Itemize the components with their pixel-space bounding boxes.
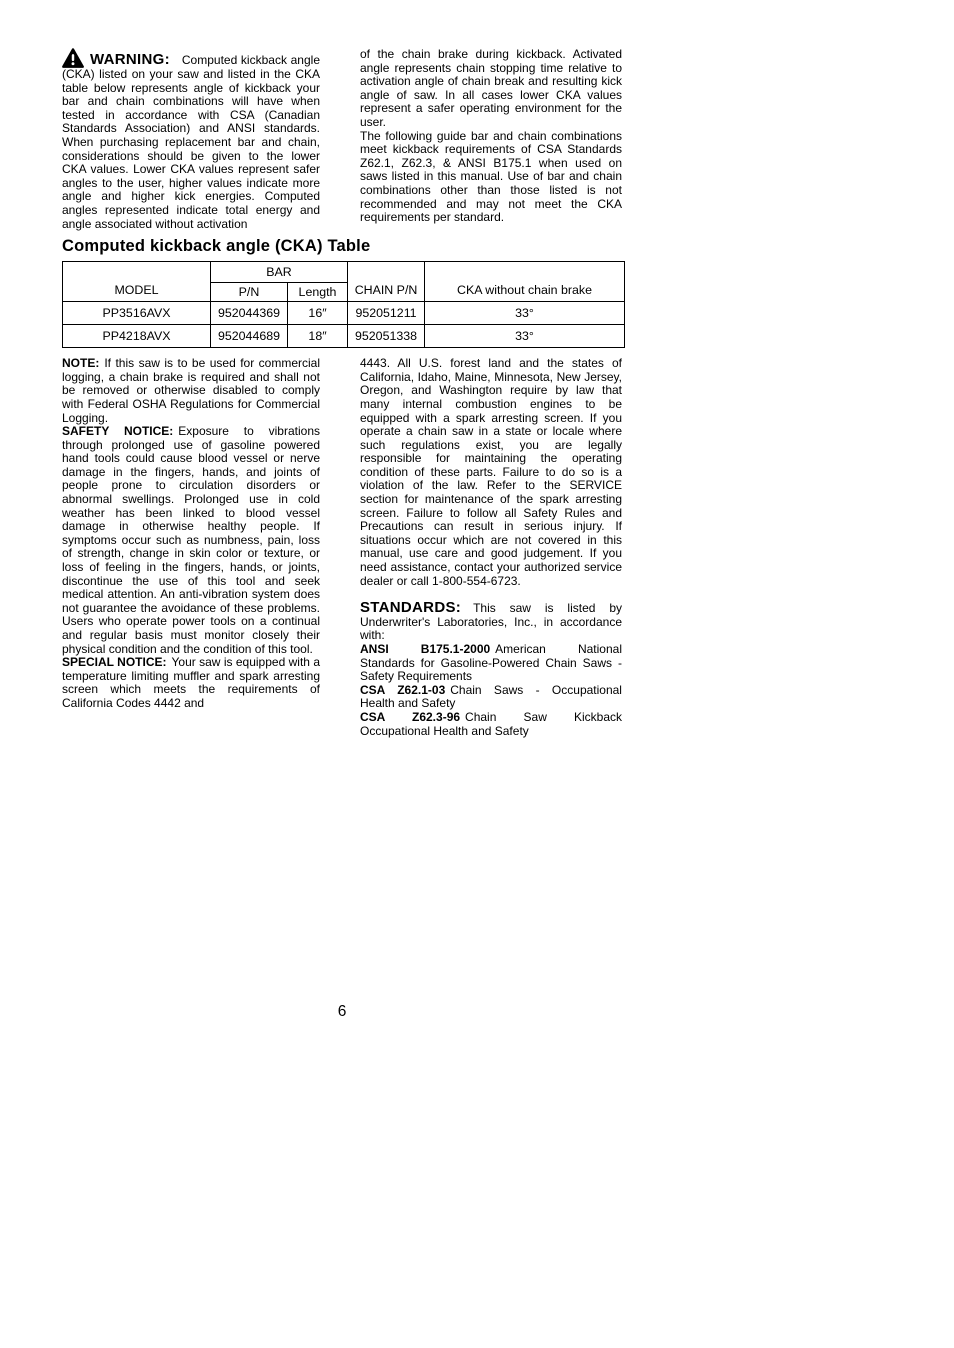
- note-label: NOTE:: [62, 356, 99, 370]
- safety-notice-label: SAFETY NOTICE:: [62, 424, 173, 438]
- header-bar-length: Length: [288, 283, 348, 302]
- table-header-row-1: MODEL BAR CHAIN P/N CKA without chain br…: [63, 262, 625, 283]
- header-model: MODEL: [63, 262, 211, 302]
- cka-table-title: Computed kickback angle (CKA) Table: [62, 237, 622, 256]
- notices-section: NOTE:If this saw is to be used for comme…: [62, 357, 622, 738]
- warning-label: WARNING:: [90, 51, 170, 68]
- cell-chain-pn: 952051211: [348, 302, 425, 325]
- standard-code: CSA Z62.3-96: [360, 710, 460, 724]
- warning-right-column: of the chain brake during kickback. Acti…: [360, 48, 622, 231]
- warning-left-column: WARNING:Computed kickback angle (CKA) li…: [62, 48, 320, 231]
- page-number: 6: [62, 1003, 622, 1021]
- cell-bar-pn: 952044689: [211, 325, 288, 348]
- cell-cka: 33°: [425, 325, 625, 348]
- warning-section: WARNING:Computed kickback angle (CKA) li…: [62, 48, 622, 231]
- warning-text: Computed kickback angle (CKA) listed on …: [62, 53, 320, 231]
- note-paragraph: NOTE:If this saw is to be used for comme…: [62, 357, 320, 425]
- notices-left-column: NOTE:If this saw is to be used for comme…: [62, 357, 320, 738]
- bar-chain-combinations-paragraph: The following guide bar and chain combin…: [360, 130, 622, 225]
- cell-cka: 33°: [425, 302, 625, 325]
- cell-length: 16″: [288, 302, 348, 325]
- safety-notice-text: Exposure to vibrations through prolonged…: [62, 424, 320, 656]
- manual-page: WARNING:Computed kickback angle (CKA) li…: [0, 0, 954, 1348]
- table-row: PP3516AVX 952044369 16″ 952051211 33°: [63, 302, 625, 325]
- table-row: PP4218AVX 952044689 18″ 952051338 33°: [63, 325, 625, 348]
- page-content: WARNING:Computed kickback angle (CKA) li…: [62, 48, 622, 738]
- note-text: If this saw is to be used for commercial…: [62, 356, 320, 424]
- standards-block: STANDARDS:This saw is listed by Underwri…: [360, 601, 622, 738]
- special-notice-continuation-paragraph: 4443. All U.S. forest land and the state…: [360, 357, 622, 588]
- cell-length: 18″: [288, 325, 348, 348]
- standard-item-csa-z62-3: CSA Z62.3-96Chain Saw Kickback Occupatio…: [360, 711, 622, 738]
- warning-continuation-paragraph: of the chain brake during kickback. Acti…: [360, 48, 622, 130]
- header-bar-pn: P/N: [211, 283, 288, 302]
- special-notice-label: SPECIAL NOTICE:: [62, 655, 167, 669]
- header-cka: CKA without chain brake: [425, 262, 625, 302]
- warning-paragraph: WARNING:Computed kickback angle (CKA) li…: [62, 48, 320, 231]
- cell-bar-pn: 952044369: [211, 302, 288, 325]
- header-bar: BAR: [211, 262, 348, 283]
- standard-item-csa-z62-1: CSA Z62.1-03Chain Saws - Occupational He…: [360, 684, 622, 711]
- special-notice-paragraph: SPECIAL NOTICE:Your saw is equipped with…: [62, 656, 320, 710]
- header-chain-pn: CHAIN P/N: [348, 262, 425, 302]
- cell-model: PP3516AVX: [63, 302, 211, 325]
- standard-item-ansi: ANSI B175.1-2000American National Standa…: [360, 643, 622, 684]
- cell-chain-pn: 952051338: [348, 325, 425, 348]
- safety-notice-paragraph: SAFETY NOTICE:Exposure to vibrations thr…: [62, 425, 320, 656]
- cell-model: PP4218AVX: [63, 325, 211, 348]
- standard-code: CSA Z62.1-03: [360, 683, 445, 697]
- standard-code: ANSI B175.1-2000: [360, 642, 490, 656]
- standards-intro-paragraph: STANDARDS:This saw is listed by Underwri…: [360, 601, 622, 643]
- warning-triangle-icon: [62, 48, 84, 68]
- standards-label: STANDARDS:: [360, 599, 461, 616]
- notices-right-column: 4443. All U.S. forest land and the state…: [360, 357, 622, 738]
- cka-table: MODEL BAR CHAIN P/N CKA without chain br…: [62, 261, 625, 348]
